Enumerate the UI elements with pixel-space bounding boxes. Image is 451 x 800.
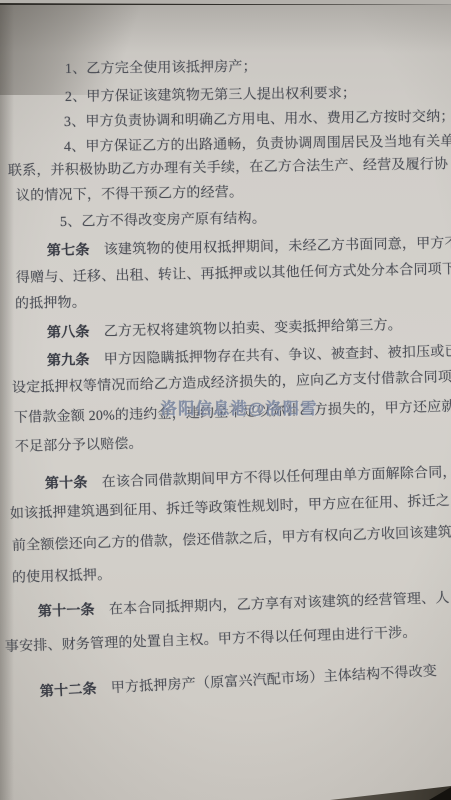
page-shadow-top-left bbox=[0, 5, 200, 95]
contract-line: 5、乙方不得改变房产原有结构。 bbox=[60, 211, 266, 231]
contract-line: 的使用权抵押。 bbox=[12, 568, 112, 587]
page-shadow-top bbox=[0, 5, 451, 53]
clause-number: 第十一条 bbox=[38, 603, 95, 620]
contract-line: 2、甲方保证该建筑物无第三人提出权利要求； bbox=[65, 86, 356, 106]
contract-page: 1、乙方完全使用该抵押房产；2、甲方保证该建筑物无第三人提出权利要求；3、甲方负… bbox=[0, 5, 451, 800]
watermark: 洛阳信息港@洛阳雪 bbox=[161, 396, 318, 419]
contract-line: 设定抵押权等情况而给乙方造成经济损失的，应向乙方支付借款合同项 bbox=[12, 370, 451, 397]
clause-number: 第十条 bbox=[45, 476, 88, 492]
contract-line: 得赠与、迁移、出租、转让、再抵押或以其他任何方式处分本合同项下 bbox=[16, 262, 451, 287]
contract-line: 第七条 该建筑物的使用权抵押期间，未经乙方书面同意，甲方不 bbox=[47, 236, 451, 260]
contract-line: 第十一条 在本合同抵押期内，乙方享有对该建筑的经营管理、人 bbox=[38, 591, 450, 621]
contract-line: 不足部分予以赔偿。 bbox=[15, 437, 143, 456]
clause-number: 第八条 bbox=[47, 325, 90, 341]
page-shadow-left bbox=[0, 5, 14, 800]
contract-line: 联系，并积极协助乙方办理有关手续，在乙方合法生产、经营及履行协 bbox=[8, 157, 448, 180]
contract-line: 1、乙方完全使用该抵押房产； bbox=[65, 60, 257, 78]
contract-line: 4、甲方保证乙方的出路通畅，负责协调周围居民及当地有关单位 bbox=[64, 134, 451, 156]
clause-number: 第七条 bbox=[47, 243, 90, 259]
contract-line: 议的情况下，不得干预乙方的经营。 bbox=[16, 185, 243, 205]
contract-line: 的抵押物。 bbox=[15, 296, 86, 313]
contract-line: 第八条 乙方无权将建筑物以拍卖、变卖抵押给第三方。 bbox=[47, 318, 402, 342]
contract-photo: { "document": { "kind": "photographed co… bbox=[0, 0, 451, 800]
contract-line: 第十条 在该合同借款期间甲方不得以任何理由单方面解除合同， bbox=[45, 465, 451, 493]
contract-line: 3、甲方负责协调和明确乙方用电、用水、费用乙方按时交纳； bbox=[64, 110, 451, 131]
contract-line: 第九条 甲方因隐瞒抵押物存在共有、争议、被查封、被扣压或已 bbox=[47, 344, 451, 370]
contract-line: 前全额偿还向乙方的借款，偿还借款之后，甲方有权向乙方收回该建筑 bbox=[12, 525, 451, 555]
contract-line: 第十二条 甲方抵押房产（原富兴汽配市场）主体结构不得改变 bbox=[40, 664, 438, 701]
clause-number: 第十二条 bbox=[40, 682, 98, 700]
photo-frame: 1、乙方完全使用该抵押房产；2、甲方保证该建筑物无第三人提出权利要求；3、甲方负… bbox=[0, 0, 451, 800]
contract-line: 如该抵押建筑遇到征用、拆迁等政策性规划时，甲方应在征用、拆迁之 bbox=[10, 494, 450, 523]
clause-number: 第九条 bbox=[47, 353, 90, 369]
contract-line: 事安排、财务管理的处置自主权。甲方不得以任何理由进行干涉。 bbox=[5, 625, 417, 656]
